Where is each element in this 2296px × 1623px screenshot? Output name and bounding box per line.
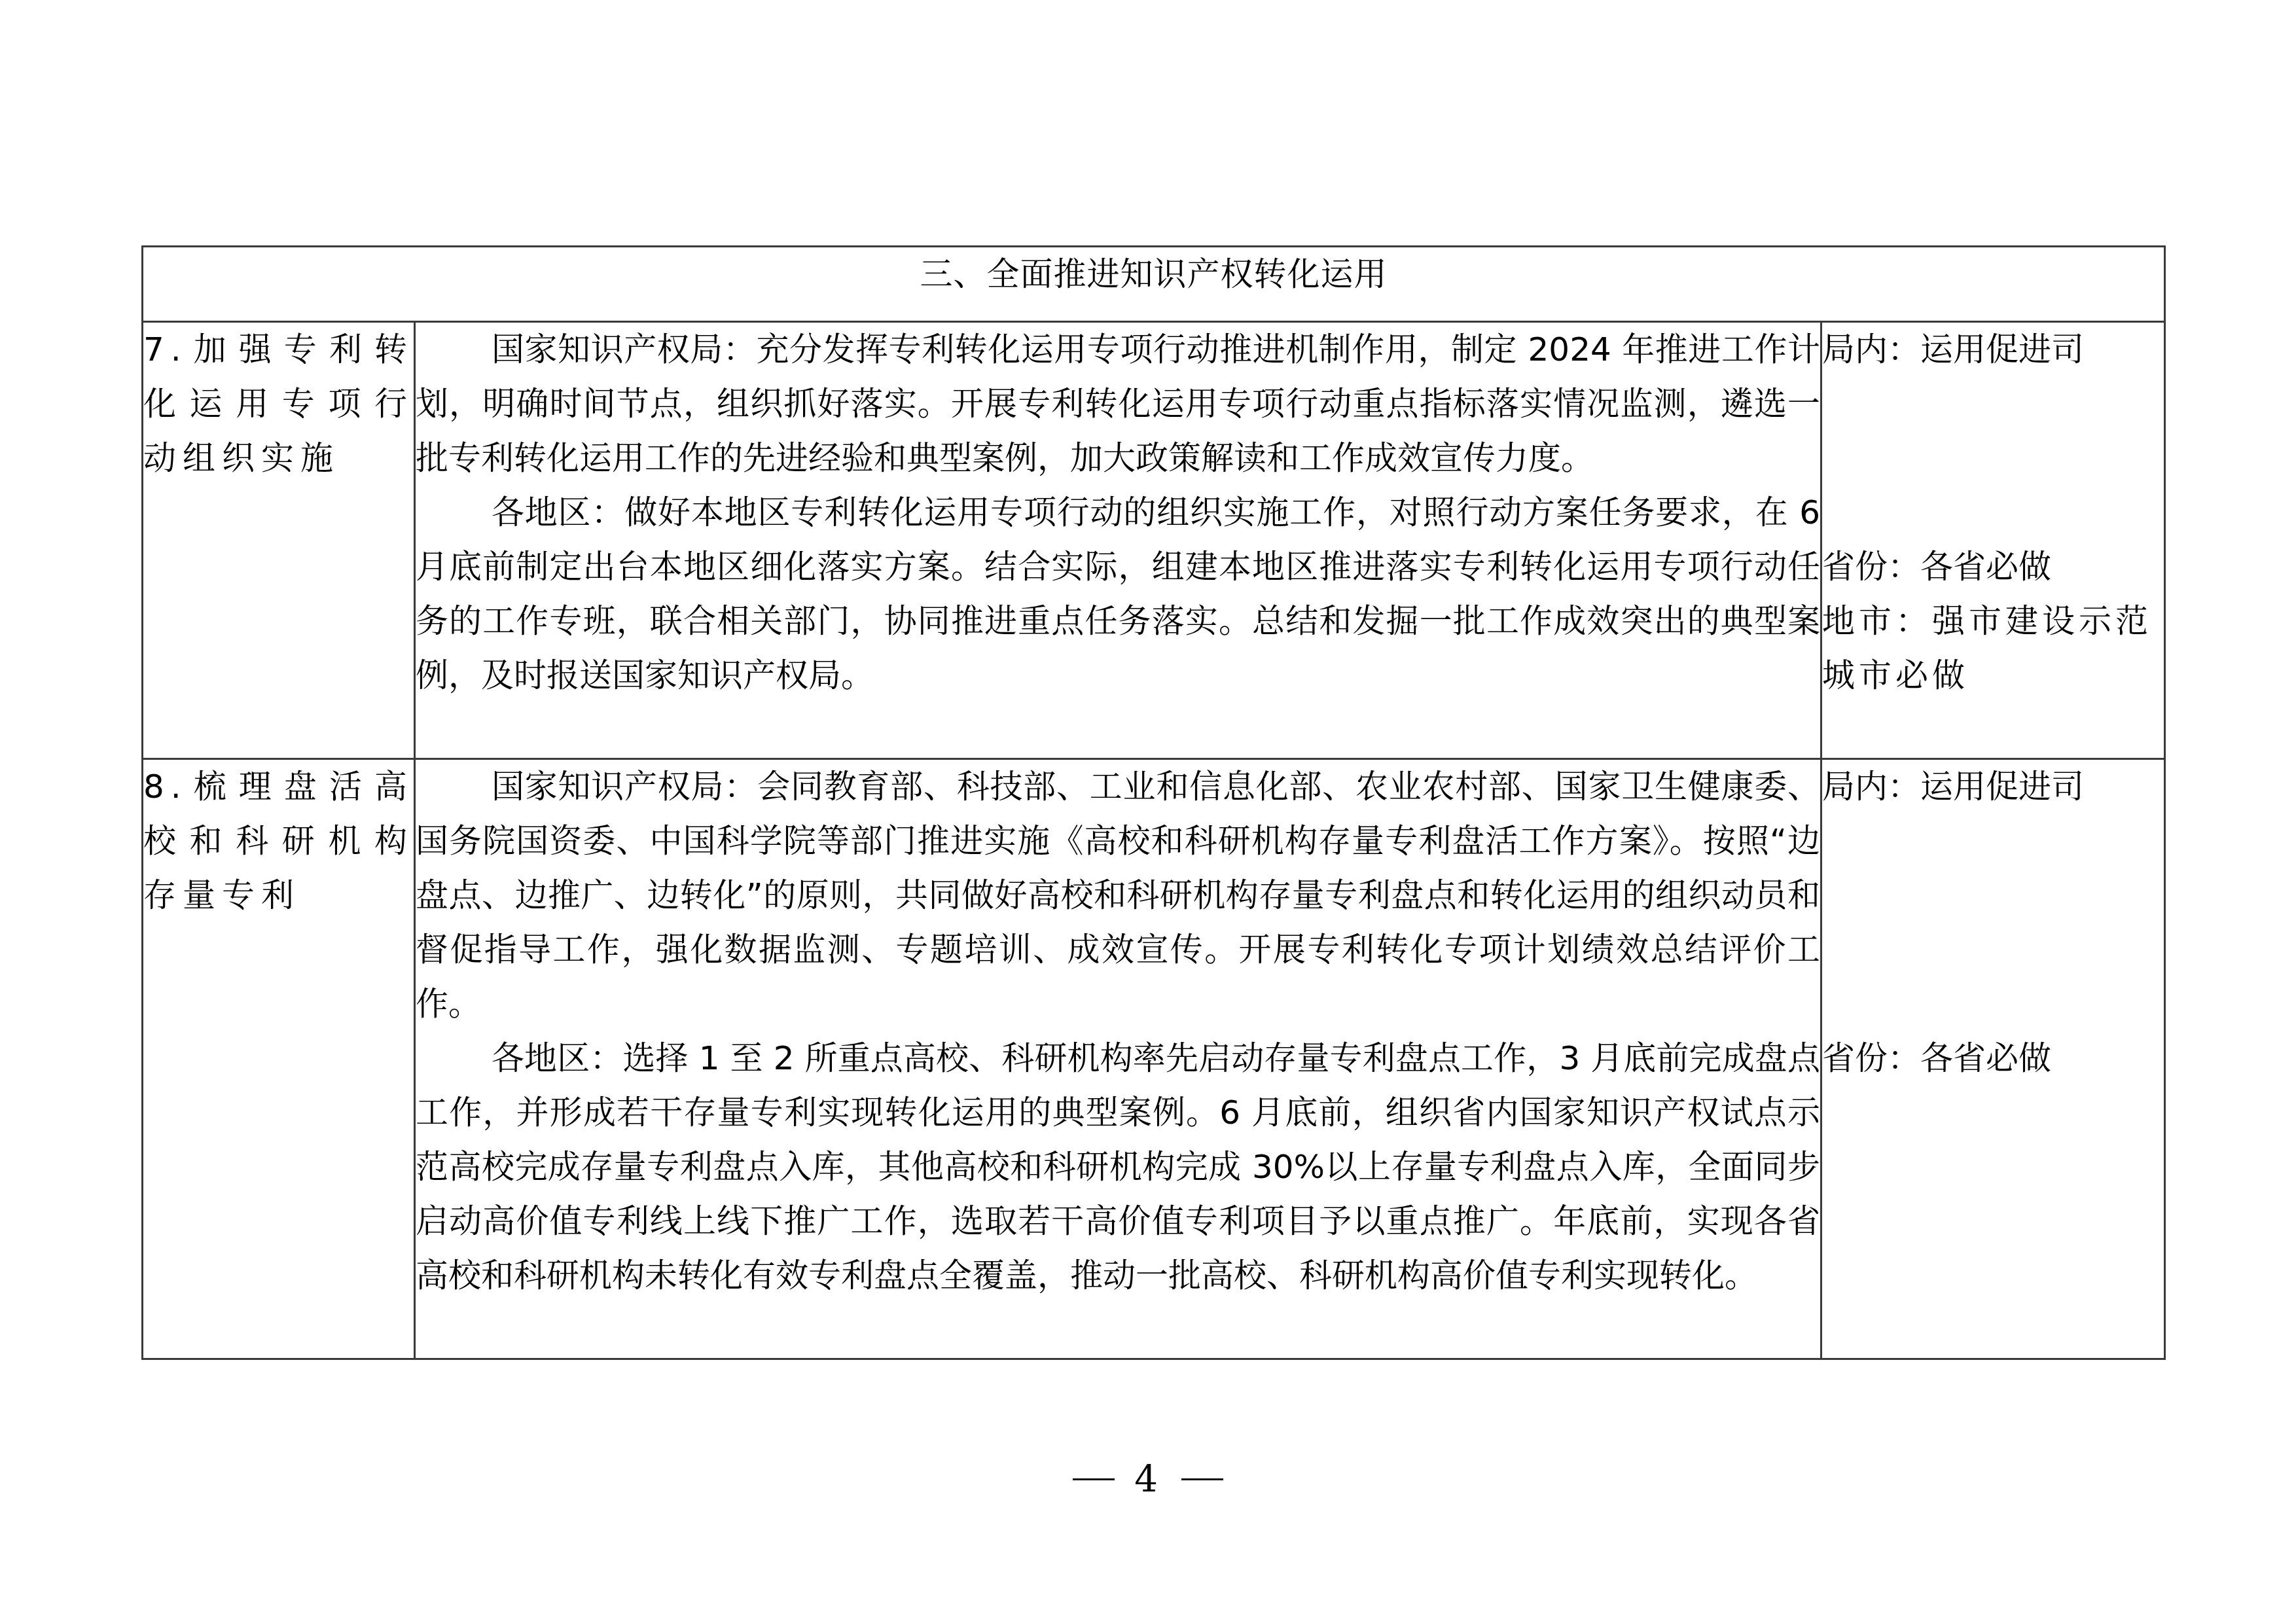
page-number: 4 — [0, 1458, 2296, 1501]
spacer — [1822, 377, 2164, 540]
task-name: 7.加强专利转化运用专项行动组织实施 — [143, 323, 414, 486]
regional-paragraph: 各地区：选择 1 至 2 所重点高校、科研机构率先启动存量专利盘点工作，3 月底… — [416, 1031, 1820, 1303]
national-paragraph: 国家知识产权局：会同教育部、科技部、工业和信息化部、农业农村部、国家卫生健康委、… — [416, 760, 1820, 1031]
document-page: 三、全面推进知识产权转化运用 7.加强专利转化运用专项行动组织实施 国家知识产权… — [0, 0, 2296, 1623]
dash-left — [1073, 1478, 1115, 1480]
table-row: 7.加强专利转化运用专项行动组织实施 国家知识产权局：充分发挥专利转化运用专项行… — [143, 322, 2165, 759]
section-title: 三、全面推进知识产权转化运用 — [143, 247, 2165, 322]
responsibility-city: 地市：强市建设示范城市必做 — [1822, 594, 2164, 703]
responsibility-province: 省份：各省必做 — [1822, 540, 2164, 594]
task-name-cell: 8.梳理盘活高校和科研机构存量专利 — [143, 759, 415, 1359]
spacer — [1822, 814, 2164, 1031]
responsibility-bureau: 局内：运用促进司 — [1822, 760, 2164, 814]
responsibility-cell: 局内：运用促进司 省份：各省必做 地市：强市建设示范城市必做 — [1821, 322, 2165, 759]
regional-paragraph: 各地区：做好本地区专利转化运用专项行动的组织实施工作，对照行动方案任务要求，在 … — [416, 486, 1820, 703]
responsibility-province: 省份：各省必做 — [1822, 1031, 2164, 1086]
task-table: 三、全面推进知识产权转化运用 7.加强专利转化运用专项行动组织实施 国家知识产权… — [141, 245, 2166, 1360]
section-header-row: 三、全面推进知识产权转化运用 — [143, 247, 2165, 322]
national-paragraph: 国家知识产权局：充分发挥专利转化运用专项行动推进机制作用，制定 2024 年推进… — [416, 323, 1820, 486]
dash-right — [1181, 1478, 1223, 1480]
task-description-cell: 国家知识产权局：充分发挥专利转化运用专项行动推进机制作用，制定 2024 年推进… — [415, 322, 1821, 759]
task-description-cell: 国家知识产权局：会同教育部、科技部、工业和信息化部、农业农村部、国家卫生健康委、… — [415, 759, 1821, 1359]
responsibility-cell: 局内：运用促进司 省份：各省必做 — [1821, 759, 2165, 1359]
task-name-cell: 7.加强专利转化运用专项行动组织实施 — [143, 322, 415, 759]
responsibility-bureau: 局内：运用促进司 — [1822, 323, 2164, 377]
table-row: 8.梳理盘活高校和科研机构存量专利 国家知识产权局：会同教育部、科技部、工业和信… — [143, 759, 2165, 1359]
task-name: 8.梳理盘活高校和科研机构存量专利 — [143, 760, 414, 923]
page-number-value: 4 — [1134, 1458, 1162, 1501]
